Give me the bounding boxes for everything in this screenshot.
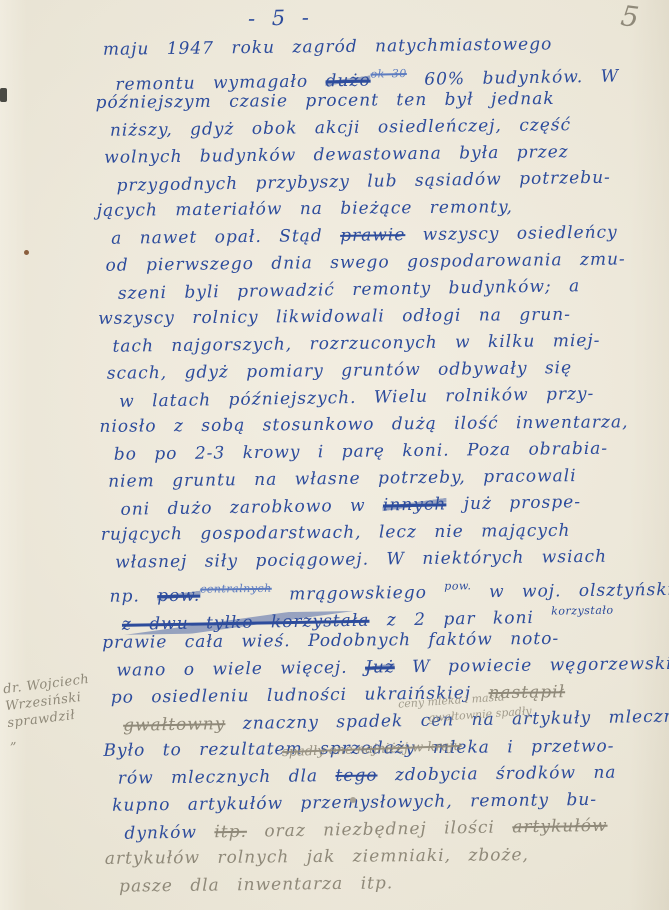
manuscript-line: jących materiałów na bieżące remonty, — [97, 193, 666, 225]
manuscript-line: niosło z sobą stosunkowo dużą ilość inwe… — [99, 409, 668, 441]
text-segment: pow. — [444, 579, 471, 592]
text-segment: a nawet opał. Stąd — [111, 226, 340, 249]
manuscript-line: późniejszym czasie procent ten był jedna… — [95, 85, 664, 117]
text-segment: dynków — [124, 822, 214, 843]
manuscript-line: wszyscy rolnicy likwidowali odłogi na gr… — [98, 301, 667, 333]
text-segment: rów mlecznych dla — [118, 766, 336, 789]
text-segment: artykułów — [512, 816, 608, 838]
text-segment: artykułów rolnych jak ziemniaki, zboże, — [105, 845, 529, 869]
text-segment: maju 1947 roku zagród natychmiastowego — [103, 34, 553, 59]
text-segment: wano o wiele więcej. — [116, 658, 365, 681]
text-segment: w latach późniejszych. Wielu rolników pr… — [119, 384, 594, 412]
manuscript-lines: maju 1947 roku zagród natychmiastowegore… — [0, 30, 669, 902]
text-segment: prawie cała wieś. Podobnych faktów noto- — [102, 629, 559, 653]
text-segment: ok 30 — [370, 67, 407, 81]
manuscript-line: artykułów rolnych jak ziemniaki, zboże, — [105, 841, 669, 873]
text-segment: niem gruntu na własne potrzeby, pracowal… — [108, 466, 577, 492]
text-segment: tego — [335, 765, 377, 786]
text-segment: innych — [383, 494, 447, 515]
text-segment: tach najgorszych, rozrzuconych w kilku m… — [112, 331, 600, 357]
manuscript-page: - 5 - 5 maju 1947 roku zagród natychmias… — [0, 0, 669, 910]
margin-note-pencil: dr. Wojciech Wrzesiński sprawdził „ — [2, 667, 127, 749]
text-segment — [247, 821, 265, 841]
text-segment: wszyscy rolnicy likwidowali odłogi na gr… — [98, 305, 571, 329]
paper-speck — [350, 797, 356, 803]
text-segment: szeni byli prowadzić remonty budynków; a — [118, 276, 581, 304]
manuscript-line: prawie cała wieś. Podobnych faktów noto- — [102, 625, 669, 657]
page-header-number: - 5 - — [248, 5, 313, 30]
text-segment: już prospe- — [446, 492, 581, 514]
text-segment: niosło z sobą stosunkowo dużą ilość inwe… — [99, 412, 628, 437]
text-segment: prawie — [340, 225, 405, 246]
text-segment: scach, gdyż pomiary gruntów odbywały się — [107, 358, 573, 384]
text-segment: wolnych budynków dewastowana była przez — [104, 142, 569, 168]
text-segment: centralnych — [200, 582, 272, 596]
corner-page-number-pencil: 5 — [619, 0, 641, 34]
text-segment: oraz niezbędnej ilości — [264, 817, 512, 841]
text-segment: itp. — [214, 822, 247, 843]
text-segment: gwałtowny — [123, 714, 226, 736]
text-segment: przygodnych przybyszy lub sąsiadów potrz… — [116, 168, 611, 196]
text-segment: niższy, gdyż obok akcji osiedleńczej, cz… — [110, 115, 571, 141]
text-segment: wszyscy osiedleńcy — [405, 223, 618, 246]
text-segment: Już — [365, 657, 395, 677]
text-segment: własnej siły pociągowej. W niektórych ws… — [115, 547, 607, 573]
text-segment: W powiecie węgorzewskim, — [395, 654, 669, 678]
manuscript-line: rujących gospodarstwach, lecz nie mający… — [101, 517, 669, 549]
text-segment: zdobycia środków na — [377, 763, 616, 786]
text-segment: późniejszym czasie procent ten był jedna… — [95, 89, 554, 113]
text-segment: oni dużo zarobkowo w — [120, 495, 383, 519]
text-segment: bo po 2-3 krowy i parę koni. Poza obrabi… — [114, 439, 608, 465]
text-segment: kupno artykułów przemysłowych, remonty b… — [112, 790, 597, 816]
text-segment: jących materiałów na bieżące remonty, — [97, 197, 513, 221]
text-segment: pasze dla inwentarza itp. — [119, 873, 393, 896]
paper-edge-mark — [0, 88, 7, 102]
paper-speck — [24, 250, 29, 255]
text-segment: od pierwszego dnia swego gospodarowania … — [105, 249, 625, 275]
text-segment: korzystało — [551, 604, 614, 618]
text-segment: rujących gospodarstwach, lecz nie mający… — [101, 521, 571, 545]
